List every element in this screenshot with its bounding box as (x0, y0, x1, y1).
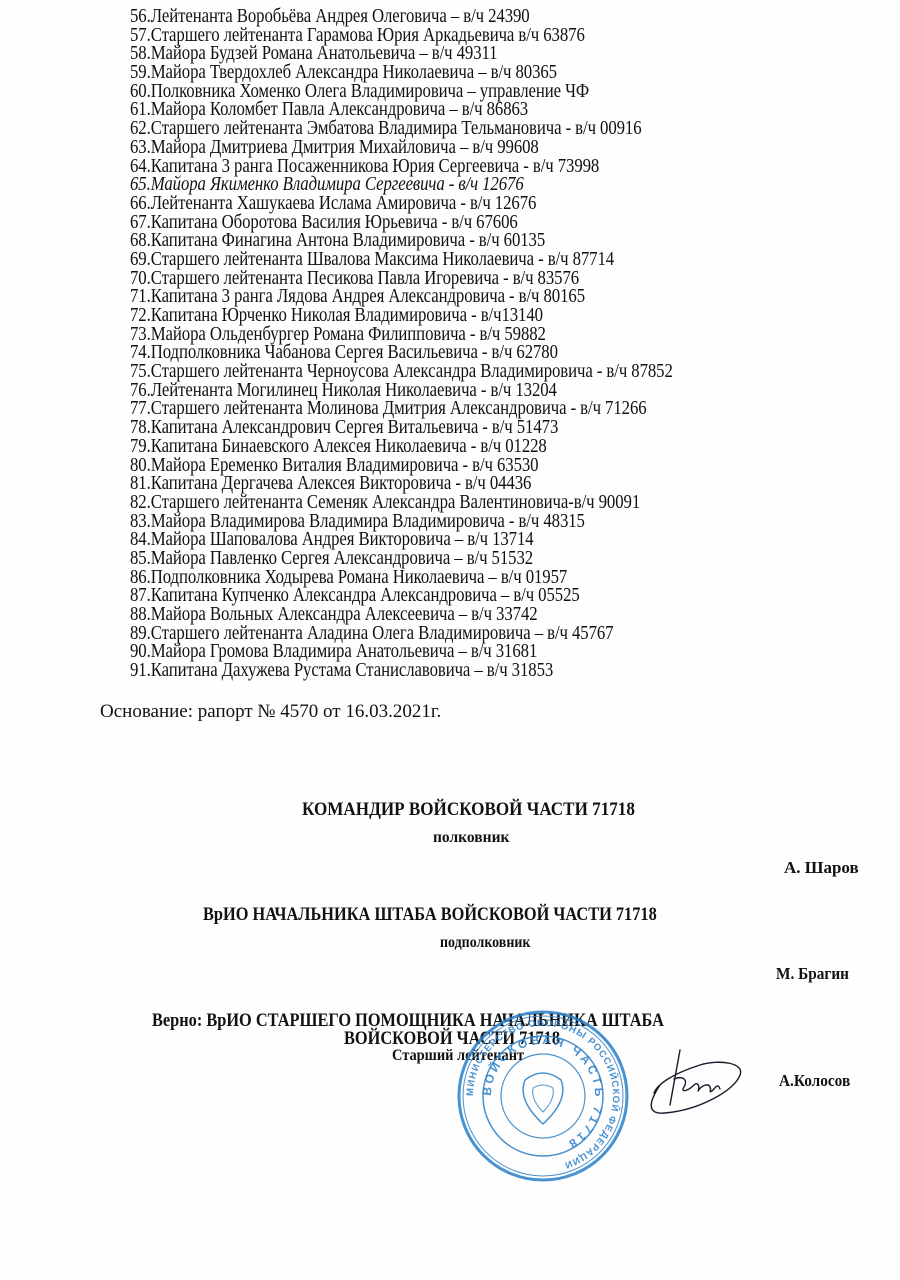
chief-of-staff-name-text: М. Брагин (776, 964, 849, 984)
list-item: 91.Капитана Дахужева Рустама Станиславов… (130, 662, 673, 681)
chief-of-staff-rank: подполковник (440, 934, 541, 952)
stamp-inner-text: ВОЙСКОВАЯ ЧАСТЬ 71718 (480, 1033, 606, 1153)
chief-of-staff-name: М. Брагин (776, 964, 857, 984)
official-stamp-icon: МИНИСТЕРСТВО ОБОРОНЫ РОССИЙСКОЙ ФЕДЕРАЦИ… (455, 1008, 631, 1184)
commander-title-text: КОМАНДИР ВОЙСКОВОЙ ЧАСТИ 71718 (302, 799, 635, 821)
certified-name-text: А.Колосов (779, 1071, 850, 1091)
chief-of-staff-title: ВрИО НАЧАЛЬНИКА ШТАБА ВОЙСКОВОЙ ЧАСТИ 71… (203, 904, 731, 926)
list-item-number: 91. (130, 660, 151, 681)
commander-title: КОМАНДИР ВОЙСКОВОЙ ЧАСТИ 71718 (302, 799, 672, 821)
commander-name: А. Шаров (784, 858, 859, 878)
personnel-list: 56.Лейтенанта Воробьёва Андрея Олеговича… (130, 8, 761, 681)
basis-line: Основание: рапорт № 4570 от 16.03.2021г. (100, 701, 441, 723)
chief-of-staff-title-text: ВрИО НАЧАЛЬНИКА ШТАБА ВОЙСКОВОЙ ЧАСТИ 71… (203, 904, 657, 926)
certified-name: А.Колосов (779, 1071, 858, 1091)
commander-rank: полковник (433, 829, 509, 847)
list-item-text: Капитана Дахужева Рустама Станиславовича… (151, 660, 553, 681)
document-page: 56.Лейтенанта Воробьёва Андрея Олеговича… (0, 0, 900, 1280)
svg-text:ВОЙСКОВАЯ ЧАСТЬ 71718: ВОЙСКОВАЯ ЧАСТЬ 71718 (480, 1033, 606, 1153)
handwritten-signature-icon (640, 1045, 750, 1120)
chief-of-staff-rank-text: подполковник (440, 934, 530, 952)
